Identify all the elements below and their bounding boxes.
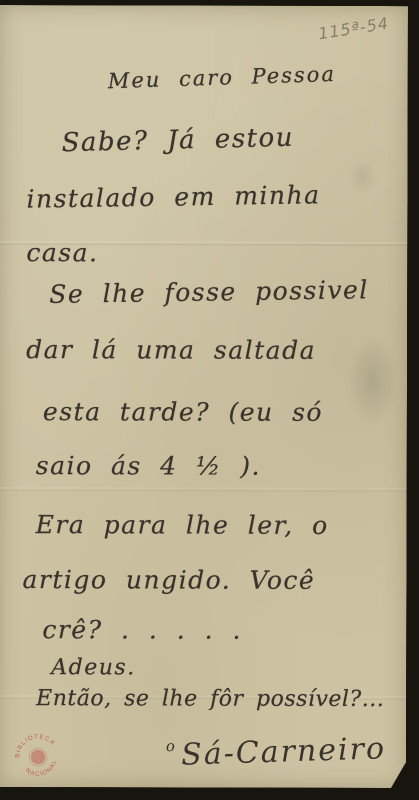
letter-line: Então, se lhe fôr possível?... <box>36 686 384 712</box>
letter-line: Adeus. <box>51 655 136 680</box>
signature: Sá-Carneiro <box>181 731 387 773</box>
salutation: Meu caro Pessoa <box>107 62 336 93</box>
letter-line: Era para lhe ler, o <box>36 510 329 540</box>
letter-line: saio ás 4 ½ ). <box>36 451 261 481</box>
letter-paper: 115ª-54 Meu caro Pessoa Sabe? Já estou i… <box>0 5 408 788</box>
signature-row: o Sá-Carneiro <box>166 730 387 773</box>
letter-line: esta tarde? (eu só <box>43 397 323 427</box>
letter-line: artigo ungido. Você <box>22 565 315 595</box>
letter-line: casa. <box>26 238 98 267</box>
letter-line: Se lhe fosse possivel <box>49 275 369 309</box>
stamp-emblem <box>29 748 48 767</box>
ink-showthrough-smudge <box>348 156 378 196</box>
archival-number: 115ª-54 <box>317 14 390 44</box>
biblioteca-nacional-stamp: BIBLIOTECA NACIONAL <box>5 724 72 791</box>
fold-crease <box>0 487 407 492</box>
letter-line: dar lá uma saltada <box>26 335 316 365</box>
letter-line: instalado em minha <box>26 180 320 213</box>
letter-line: crê? . . . . . <box>42 615 242 645</box>
letter-line: Sabe? Já estou <box>61 123 294 158</box>
scanned-letter-photo: 115ª-54 Meu caro Pessoa Sabe? Já estou i… <box>0 0 419 800</box>
signature-prefix: o <box>166 737 177 755</box>
ink-showthrough-smudge <box>345 331 401 431</box>
